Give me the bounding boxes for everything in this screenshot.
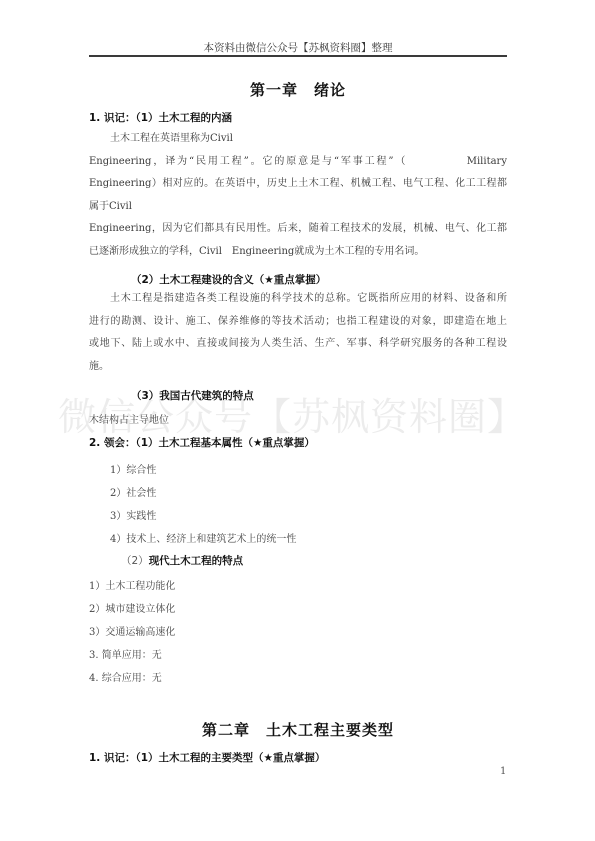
page-header-text: 本资料由微信公众号【苏枫资料圈】整理 bbox=[89, 40, 507, 55]
list-item: 1）综合性 bbox=[89, 461, 528, 476]
list-item: 3）交通运输高速化 bbox=[89, 623, 507, 638]
subsection-heading-modern: （2）现代土木工程的特点 bbox=[89, 553, 539, 568]
paragraph-line: 已逐渐形成独立的学科，Civil Engineering就成为土木工程的专用名词… bbox=[89, 241, 507, 263]
paragraph-line: 属于Civil bbox=[89, 196, 507, 218]
paragraph-line: 或地下、陆上或水中、直接或间接为人类生活、生产、军事、科学研究服务的各种工程设 bbox=[89, 333, 507, 355]
page-number: 1 bbox=[500, 766, 506, 777]
paragraph-line: Engineering）相对应的。在英语中，历史上土木工程、机械工程、电气工程、… bbox=[89, 173, 507, 195]
list-item: 4）技术上、经济上和建筑艺术上的统一性 bbox=[89, 530, 528, 545]
list-item: 2）城市建设立体化 bbox=[89, 600, 507, 615]
paragraph-line: 进行的勘测、设计、施工、保养维修的等技术活动；也指工程建设的对象，即建造在地上 bbox=[89, 311, 507, 333]
chapter-1-title: 第一章 绪论 bbox=[89, 79, 507, 100]
list-item: 1）土木工程功能化 bbox=[89, 577, 507, 592]
list-item: 3）实践性 bbox=[89, 507, 528, 522]
chapter-2-section-1-heading: 1. 识记：（1）土木工程的主要类型（★重点掌握） bbox=[89, 750, 507, 765]
header-divider bbox=[89, 55, 507, 57]
section-4-line: 4. 综合应用：无 bbox=[89, 669, 507, 684]
paragraph-line: Engineering，因为它们都具有民用性。后来，随着工程技术的发展，机械、电… bbox=[89, 218, 507, 240]
section-1-heading: 1. 识记：（1）土木工程的内涵 bbox=[89, 110, 507, 125]
subsection-prefix: （2） bbox=[121, 555, 149, 567]
document-page: 本资料由微信公众号【苏枫资料圈】整理 微信公众号【苏枫资料圈】 第一章 绪论 1… bbox=[0, 0, 595, 841]
paragraph-line: 土木工程是指建造各类工程设施的科学技术的总称。它既指所应用的材料、设备和所 bbox=[89, 288, 507, 310]
subsection-heading-2: （2）土木工程建设的含义（★重点掌握） bbox=[89, 272, 549, 287]
chapter-2-title: 第二章 土木工程主要类型 bbox=[89, 719, 507, 740]
paragraph-line: 施。 bbox=[89, 356, 507, 378]
section-2-heading: 2. 领会：（1）土木工程基本属性（★重点掌握） bbox=[89, 435, 507, 450]
paragraph-line: 土木工程在英语里称为Civil bbox=[89, 128, 507, 150]
list-item: 2）社会性 bbox=[89, 484, 528, 499]
subsection-title: 现代土木工程的特点 bbox=[149, 555, 244, 567]
paragraph-line: Engineering，译为“民用工程”。它的原意是与“军事工程”（ Milit… bbox=[89, 151, 507, 173]
paragraph-line: 木结构占主导地位 bbox=[89, 411, 507, 426]
subsection-heading-3: （3）我国古代建筑的特点 bbox=[89, 388, 549, 403]
section-3-line: 3. 简单应用：无 bbox=[89, 646, 507, 661]
